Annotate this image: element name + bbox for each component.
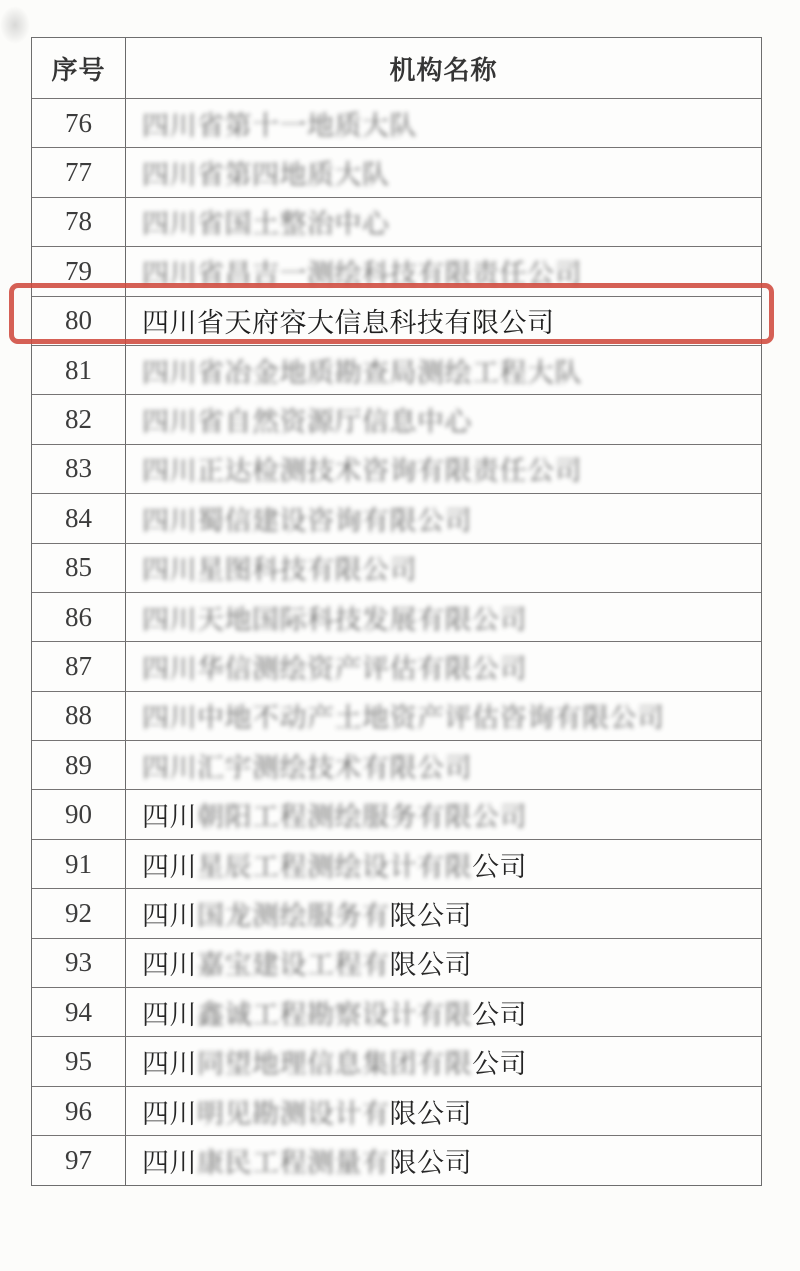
table-row: 86 四川天地国际科技发展有限公司 bbox=[32, 592, 761, 641]
org-name-redacted-text: 四川省昌吉一测绘科技有限责任公司 bbox=[142, 252, 582, 291]
org-name-redacted-text: 国龙测绘服务有 bbox=[197, 894, 390, 933]
table-row: 83 四川正达检测技术咨询有限责任公司 bbox=[32, 444, 761, 493]
org-name-text: 四川 bbox=[142, 795, 197, 834]
row-serial-number: 86 bbox=[32, 593, 126, 641]
scan-smudge-artifact bbox=[0, 6, 30, 44]
row-serial-number: 90 bbox=[32, 790, 126, 838]
row-serial-number: 89 bbox=[32, 741, 126, 789]
table-body: 76 四川省第十一地质大队 77 四川省第四地质大队 78 四川省国土整治中心 … bbox=[32, 98, 761, 1185]
scanned-document-page: 序号 机构名称 76 四川省第十一地质大队 77 四川省第四地质大队 78 四川… bbox=[0, 0, 800, 1271]
org-name-redacted-text: 四川蜀信建设咨询有限公司 bbox=[142, 499, 472, 538]
table-row: 78 四川省国土整治中心 bbox=[32, 197, 761, 246]
table-row: 82 四川省自然资源厅信息中心 bbox=[32, 394, 761, 443]
org-name-text: 公司 bbox=[472, 1042, 527, 1081]
org-name-text: 四川 bbox=[142, 894, 197, 933]
row-serial-number: 78 bbox=[32, 198, 126, 246]
row-serial-number: 94 bbox=[32, 988, 126, 1036]
row-organization-name: 四川朝阳工程测绘服务有限公司 bbox=[126, 790, 761, 838]
table-row: 90 四川朝阳工程测绘服务有限公司 bbox=[32, 789, 761, 838]
org-name-text: 公司 bbox=[472, 993, 527, 1032]
row-organization-name: 四川蜀信建设咨询有限公司 bbox=[126, 494, 761, 542]
row-organization-name: 四川嘉宝建设工程有限公司 bbox=[126, 939, 761, 987]
org-name-redacted-text: 四川正达检测技术咨询有限责任公司 bbox=[142, 449, 582, 488]
table-row: 80 四川省天府容大信息科技有限公司 bbox=[32, 296, 761, 345]
table-row: 93 四川嘉宝建设工程有限公司 bbox=[32, 938, 761, 987]
row-serial-number: 76 bbox=[32, 99, 126, 147]
row-organization-name: 四川明见勘测设计有限公司 bbox=[126, 1087, 761, 1135]
table-row: 79 四川省昌吉一测绘科技有限责任公司 bbox=[32, 246, 761, 295]
org-name-redacted-text: 四川省冶金地质勘查局测绘工程大队 bbox=[142, 351, 582, 390]
row-serial-number: 80 bbox=[32, 297, 126, 345]
table-header-row: 序号 机构名称 bbox=[32, 38, 761, 98]
row-serial-number: 85 bbox=[32, 544, 126, 592]
org-name-redacted-text: 嘉宝建设工程有 bbox=[197, 943, 390, 982]
table-row: 95 四川同望地理信息集团有限公司 bbox=[32, 1036, 761, 1085]
org-name-redacted-text: 四川省第十一地质大队 bbox=[142, 104, 417, 143]
row-organization-name: 四川汇宇测绘技术有限公司 bbox=[126, 741, 761, 789]
org-name-text: 限公司 bbox=[390, 1141, 473, 1180]
row-serial-number: 88 bbox=[32, 692, 126, 740]
row-organization-name: 四川康民工程测量有限公司 bbox=[126, 1136, 761, 1184]
table-row: 92 四川国龙测绘服务有限公司 bbox=[32, 888, 761, 937]
org-name-text: 四川 bbox=[142, 1042, 197, 1081]
organization-table: 序号 机构名称 76 四川省第十一地质大队 77 四川省第四地质大队 78 四川… bbox=[31, 37, 762, 1186]
org-name-text: 限公司 bbox=[390, 943, 473, 982]
row-serial-number: 96 bbox=[32, 1087, 126, 1135]
org-name-redacted-text: 四川汇宇测绘技术有限公司 bbox=[142, 746, 472, 785]
table-row: 97 四川康民工程测量有限公司 bbox=[32, 1135, 761, 1184]
table-row: 96 四川明见勘测设计有限公司 bbox=[32, 1086, 761, 1135]
table-row: 94 四川鑫诚工程勘察设计有限公司 bbox=[32, 987, 761, 1036]
org-name-text: 四川 bbox=[142, 1141, 197, 1180]
row-organization-name: 四川省第十一地质大队 bbox=[126, 99, 761, 147]
org-name-redacted-text: 四川天地国际科技发展有限公司 bbox=[142, 598, 527, 637]
table-row: 87 四川华信测绘资产评估有限公司 bbox=[32, 641, 761, 690]
row-serial-number: 79 bbox=[32, 247, 126, 295]
header-serial-number: 序号 bbox=[32, 38, 126, 98]
org-name-text: 公司 bbox=[472, 845, 527, 884]
row-organization-name: 四川华信测绘资产评估有限公司 bbox=[126, 642, 761, 690]
org-name-redacted-text: 四川华信测绘资产评估有限公司 bbox=[142, 647, 527, 686]
table-row: 77 四川省第四地质大队 bbox=[32, 147, 761, 196]
table-row: 81 四川省冶金地质勘查局测绘工程大队 bbox=[32, 345, 761, 394]
org-name-redacted-text: 四川星图科技有限公司 bbox=[142, 548, 417, 587]
row-serial-number: 84 bbox=[32, 494, 126, 542]
org-name-redacted-text: 四川省自然资源厅信息中心 bbox=[142, 400, 472, 439]
row-organization-name: 四川中地不动产土地资产评估咨询有限公司 bbox=[126, 692, 761, 740]
table-row: 85 四川星图科技有限公司 bbox=[32, 543, 761, 592]
row-serial-number: 95 bbox=[32, 1037, 126, 1085]
org-name-redacted-text: 朝阳工程测绘服务有限公司 bbox=[197, 795, 527, 834]
org-name-redacted-text: 同望地理信息集团有限 bbox=[197, 1042, 472, 1081]
org-name-text: 四川 bbox=[142, 943, 197, 982]
row-organization-name: 四川省自然资源厅信息中心 bbox=[126, 395, 761, 443]
row-organization-name: 四川鑫诚工程勘察设计有限公司 bbox=[126, 988, 761, 1036]
org-name-text: 限公司 bbox=[390, 894, 473, 933]
header-organization-name: 机构名称 bbox=[126, 38, 761, 98]
row-serial-number: 97 bbox=[32, 1136, 126, 1184]
row-organization-name: 四川省天府容大信息科技有限公司 bbox=[126, 297, 761, 345]
row-organization-name: 四川同望地理信息集团有限公司 bbox=[126, 1037, 761, 1085]
org-name-redacted-text: 明见勘测设计有 bbox=[197, 1092, 390, 1131]
row-serial-number: 91 bbox=[32, 840, 126, 888]
row-organization-name: 四川省第四地质大队 bbox=[126, 148, 761, 196]
table-row: 76 四川省第十一地质大队 bbox=[32, 98, 761, 147]
row-organization-name: 四川国龙测绘服务有限公司 bbox=[126, 889, 761, 937]
org-name-redacted-text: 四川省第四地质大队 bbox=[142, 153, 390, 192]
row-organization-name: 四川省冶金地质勘查局测绘工程大队 bbox=[126, 346, 761, 394]
org-name-text: 限公司 bbox=[390, 1092, 473, 1131]
table-row: 91 四川星辰工程测绘设计有限公司 bbox=[32, 839, 761, 888]
row-organization-name: 四川省昌吉一测绘科技有限责任公司 bbox=[126, 247, 761, 295]
row-serial-number: 87 bbox=[32, 642, 126, 690]
row-organization-name: 四川星图科技有限公司 bbox=[126, 544, 761, 592]
org-name-redacted-text: 鑫诚工程勘察设计有限 bbox=[197, 993, 472, 1032]
row-serial-number: 77 bbox=[32, 148, 126, 196]
row-organization-name: 四川天地国际科技发展有限公司 bbox=[126, 593, 761, 641]
row-serial-number: 81 bbox=[32, 346, 126, 394]
org-name-text: 四川 bbox=[142, 993, 197, 1032]
table-row: 89 四川汇宇测绘技术有限公司 bbox=[32, 740, 761, 789]
row-serial-number: 82 bbox=[32, 395, 126, 443]
table-row: 88 四川中地不动产土地资产评估咨询有限公司 bbox=[32, 691, 761, 740]
org-name-text: 四川 bbox=[142, 845, 197, 884]
row-serial-number: 92 bbox=[32, 889, 126, 937]
row-serial-number: 83 bbox=[32, 445, 126, 493]
org-name-text: 四川省天府容大信息科技有限公司 bbox=[142, 301, 555, 340]
org-name-redacted-text: 星辰工程测绘设计有限 bbox=[197, 845, 472, 884]
org-name-text: 四川 bbox=[142, 1092, 197, 1131]
row-organization-name: 四川星辰工程测绘设计有限公司 bbox=[126, 840, 761, 888]
row-organization-name: 四川正达检测技术咨询有限责任公司 bbox=[126, 445, 761, 493]
table-row: 84 四川蜀信建设咨询有限公司 bbox=[32, 493, 761, 542]
row-organization-name: 四川省国土整治中心 bbox=[126, 198, 761, 246]
org-name-redacted-text: 康民工程测量有 bbox=[197, 1141, 390, 1180]
org-name-redacted-text: 四川省国土整治中心 bbox=[142, 202, 390, 241]
org-name-redacted-text: 四川中地不动产土地资产评估咨询有限公司 bbox=[142, 696, 665, 735]
row-serial-number: 93 bbox=[32, 939, 126, 987]
